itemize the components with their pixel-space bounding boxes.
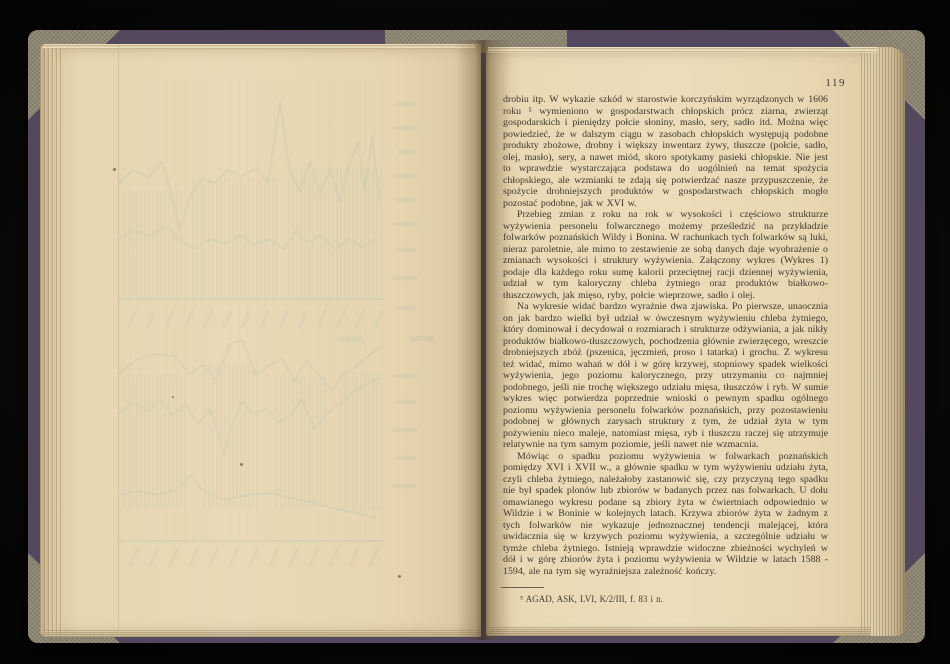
footnote: ⁵ AGAD, ASK, LVI, K/2/III, f. 83 i n.	[503, 594, 828, 605]
right-page: 119 drobiu itp. W wykazie szkód w staros…	[486, 47, 905, 636]
footnote-rule	[501, 587, 544, 588]
paragraph: Przebieg zmian z roku na rok w wysokości…	[503, 209, 828, 301]
paragraph: drobiu itp. W wykazie szkód w starostwie…	[503, 94, 828, 209]
paragraph: Na wykresie widać bardzo wyraźnie dwa zj…	[503, 301, 828, 451]
paper-speck	[240, 463, 243, 466]
left-page	[40, 44, 481, 637]
body-text: drobiu itp. W wykazie szkód w starostwie…	[503, 94, 828, 605]
paper-speck	[172, 396, 174, 398]
paper-speck	[113, 168, 116, 171]
paragraph: Mówiąc o spadku poziomu wyżywienia w fol…	[503, 451, 828, 578]
book-scan: 119 drobiu itp. W wykazie szkód w staros…	[0, 0, 950, 664]
page-number: 119	[825, 77, 846, 89]
right-page-fore-edge	[859, 47, 905, 636]
right-page-bottom-edge	[490, 627, 871, 636]
right-page-top-edge	[488, 47, 877, 53]
bleedthrough-chart	[40, 44, 481, 637]
paper-speck	[398, 575, 401, 578]
